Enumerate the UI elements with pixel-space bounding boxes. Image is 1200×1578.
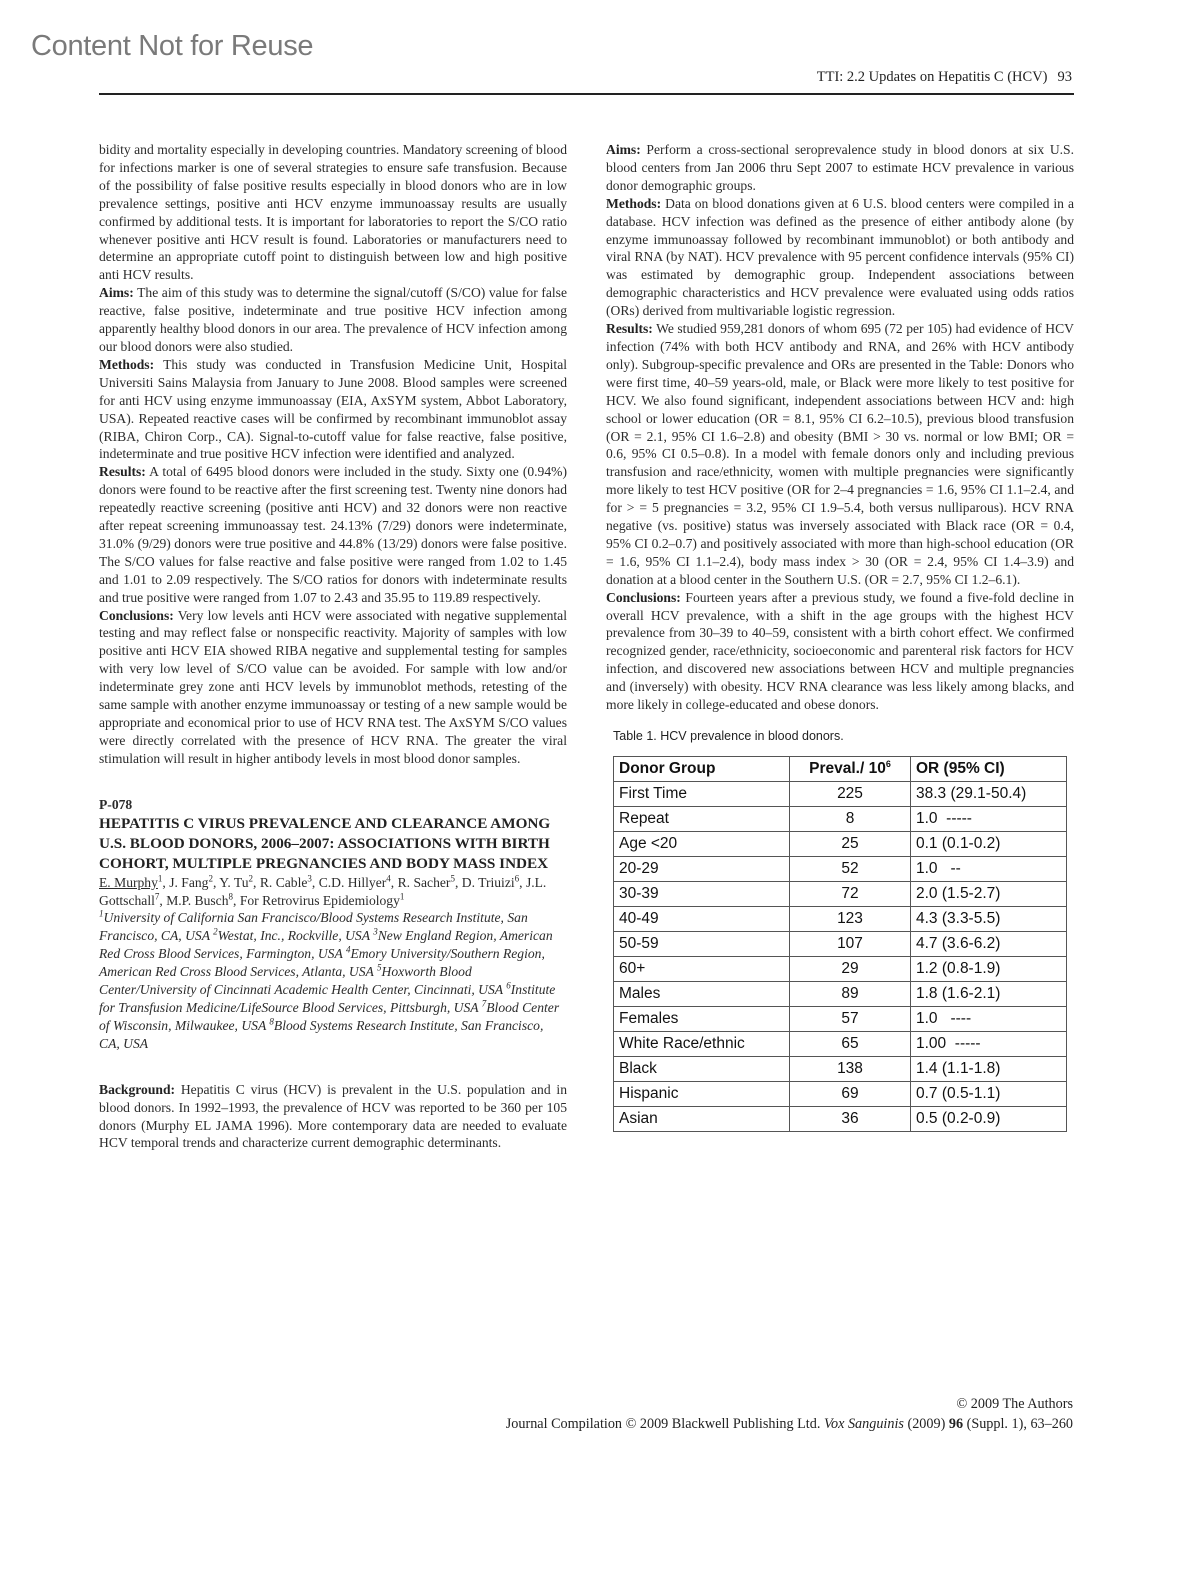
table-row: First Time22538.3 (29.1-50.4) bbox=[614, 781, 1067, 806]
table-row: Asian360.5 (0.2-0.9) bbox=[614, 1106, 1067, 1131]
header-prevalence: Preval./ 106 bbox=[790, 756, 911, 781]
header-donor-group: Donor Group bbox=[614, 756, 790, 781]
background-label: Background: bbox=[99, 1082, 175, 1097]
background-paragraph: Background: Hepatitis C virus (HCV) is p… bbox=[99, 1081, 567, 1153]
author: D. Triuizi bbox=[462, 875, 515, 890]
table-row: 20-29521.0 -- bbox=[614, 856, 1067, 881]
copyright-line: © 2009 The Authors bbox=[956, 1396, 1073, 1413]
abstract-id: P-078 bbox=[99, 796, 567, 814]
left-column: bidity and mortality especially in devel… bbox=[99, 141, 567, 1152]
odds-ratio-cell: 4.7 (3.6-6.2) bbox=[911, 931, 1067, 956]
prevalence-cell: 36 bbox=[790, 1106, 911, 1131]
prevalence-cell: 138 bbox=[790, 1056, 911, 1081]
methods-label: Methods: bbox=[606, 196, 661, 211]
results-label: Results: bbox=[606, 321, 653, 336]
results-label: Results: bbox=[99, 464, 146, 479]
table-row: 60+291.2 (0.8-1.9) bbox=[614, 956, 1067, 981]
aims-label: Aims: bbox=[99, 285, 134, 300]
prevalence-cell: 8 bbox=[790, 806, 911, 831]
table-row: 30-39722.0 (1.5-2.7) bbox=[614, 881, 1067, 906]
right-column: Aims: Perform a cross-sectional seroprev… bbox=[606, 141, 1074, 1132]
section-title: TTI: 2.2 Updates on Hepatitis C (HCV) bbox=[817, 69, 1048, 85]
aims-label: Aims: bbox=[606, 142, 641, 157]
aims-paragraph: Aims: Perform a cross-sectional seroprev… bbox=[606, 141, 1074, 195]
odds-ratio-cell: 1.0 ---- bbox=[911, 1006, 1067, 1031]
odds-ratio-cell: 4.3 (3.3-5.5) bbox=[911, 906, 1067, 931]
prevalence-table: Donor Group Preval./ 106 OR (95% CI) Fir… bbox=[613, 756, 1067, 1132]
odds-ratio-cell: 1.0 -- bbox=[911, 856, 1067, 881]
prevalence-cell: 123 bbox=[790, 906, 911, 931]
group-cell: Males bbox=[614, 981, 790, 1006]
prevalence-cell: 225 bbox=[790, 781, 911, 806]
running-head: TTI: 2.2 Updates on Hepatitis C (HCV)93 bbox=[817, 69, 1072, 86]
header-odds-ratio: OR (95% CI) bbox=[911, 756, 1067, 781]
prevalence-cell: 72 bbox=[790, 881, 911, 906]
conclusions-label: Conclusions: bbox=[606, 590, 681, 605]
group-cell: 50-59 bbox=[614, 931, 790, 956]
prevalence-cell: 25 bbox=[790, 831, 911, 856]
table-header-row: Donor Group Preval./ 106 OR (95% CI) bbox=[614, 756, 1067, 781]
odds-ratio-cell: 2.0 (1.5-2.7) bbox=[911, 881, 1067, 906]
prevalence-cell: 29 bbox=[790, 956, 911, 981]
group-cell: 40-49 bbox=[614, 906, 790, 931]
odds-ratio-cell: 38.3 (29.1-50.4) bbox=[911, 781, 1067, 806]
group-cell: Females bbox=[614, 1006, 790, 1031]
prevalence-cell: 69 bbox=[790, 1081, 911, 1106]
odds-ratio-cell: 0.7 (0.5-1.1) bbox=[911, 1081, 1067, 1106]
table-row: 40-491234.3 (3.3-5.5) bbox=[614, 906, 1067, 931]
group-cell: Hispanic bbox=[614, 1081, 790, 1106]
aims-paragraph: Aims: The aim of this study was to deter… bbox=[99, 284, 567, 356]
group-cell: 30-39 bbox=[614, 881, 790, 906]
odds-ratio-cell: 0.5 (0.2-0.9) bbox=[911, 1106, 1067, 1131]
journal-citation: Journal Compilation © 2009 Blackwell Pub… bbox=[506, 1416, 1073, 1433]
group-cell: White Race/ethnic bbox=[614, 1031, 790, 1056]
abstract-title: HEPATITIS C VIRUS PREVALENCE AND CLEARAN… bbox=[99, 814, 567, 874]
table-caption: Table 1. HCV prevalence in blood donors. bbox=[613, 728, 1074, 746]
table-row: Females571.0 ---- bbox=[614, 1006, 1067, 1031]
odds-ratio-cell: 1.0 ----- bbox=[911, 806, 1067, 831]
group-cell: 60+ bbox=[614, 956, 790, 981]
author: M.P. Busch bbox=[166, 893, 228, 908]
page-number: 93 bbox=[1058, 69, 1073, 85]
odds-ratio-cell: 1.2 (0.8-1.9) bbox=[911, 956, 1067, 981]
methods-paragraph: Methods: This study was conducted in Tra… bbox=[99, 356, 567, 463]
odds-ratio-cell: 1.00 ----- bbox=[911, 1031, 1067, 1056]
results-paragraph: Results: We studied 959,281 donors of wh… bbox=[606, 320, 1074, 589]
odds-ratio-cell: 1.8 (1.6-2.1) bbox=[911, 981, 1067, 1006]
table-row: Age <20250.1 (0.1-0.2) bbox=[614, 831, 1067, 856]
continuation-paragraph: bidity and mortality especially in devel… bbox=[99, 141, 567, 284]
prevalence-cell: 65 bbox=[790, 1031, 911, 1056]
affiliations: 1University of California San Francisco/… bbox=[99, 909, 567, 1052]
methods-paragraph: Methods: Data on blood donations given a… bbox=[606, 195, 1074, 320]
prevalence-cell: 89 bbox=[790, 981, 911, 1006]
odds-ratio-cell: 1.4 (1.1-1.8) bbox=[911, 1056, 1067, 1081]
author: R. Sacher bbox=[398, 875, 451, 890]
conclusions-paragraph: Conclusions: Fourteen years after a prev… bbox=[606, 589, 1074, 714]
prevalence-cell: 52 bbox=[790, 856, 911, 881]
header-rule bbox=[99, 93, 1074, 95]
presenting-author: E. Murphy bbox=[99, 875, 158, 890]
group-cell: First Time bbox=[614, 781, 790, 806]
conclusions-label: Conclusions: bbox=[99, 608, 174, 623]
author: Y. Tu bbox=[219, 875, 248, 890]
results-paragraph: Results: A total of 6495 blood donors we… bbox=[99, 463, 567, 606]
group-cell: Repeat bbox=[614, 806, 790, 831]
author: For Retrovirus Epidemiology bbox=[240, 893, 400, 908]
table-row: Hispanic690.7 (0.5-1.1) bbox=[614, 1081, 1067, 1106]
group-cell: Age <20 bbox=[614, 831, 790, 856]
table-row: Males891.8 (1.6-2.1) bbox=[614, 981, 1067, 1006]
group-cell: 20-29 bbox=[614, 856, 790, 881]
author: R. Cable bbox=[260, 875, 308, 890]
table-row: Black1381.4 (1.1-1.8) bbox=[614, 1056, 1067, 1081]
group-cell: Black bbox=[614, 1056, 790, 1081]
author: J. Fang bbox=[169, 875, 208, 890]
group-cell: Asian bbox=[614, 1106, 790, 1131]
prevalence-cell: 57 bbox=[790, 1006, 911, 1031]
table-row: Repeat81.0 ----- bbox=[614, 806, 1067, 831]
author-list: E. Murphy1, J. Fang2, Y. Tu2, R. Cable3,… bbox=[99, 874, 567, 910]
conclusions-paragraph: Conclusions: Very low levels anti HCV we… bbox=[99, 607, 567, 768]
author: C.D. Hillyer bbox=[319, 875, 387, 890]
odds-ratio-cell: 0.1 (0.1-0.2) bbox=[911, 831, 1067, 856]
methods-label: Methods: bbox=[99, 357, 154, 372]
prevalence-cell: 107 bbox=[790, 931, 911, 956]
watermark: Content Not for Reuse bbox=[31, 30, 313, 63]
table-row: White Race/ethnic651.00 ----- bbox=[614, 1031, 1067, 1056]
table-row: 50-591074.7 (3.6-6.2) bbox=[614, 931, 1067, 956]
